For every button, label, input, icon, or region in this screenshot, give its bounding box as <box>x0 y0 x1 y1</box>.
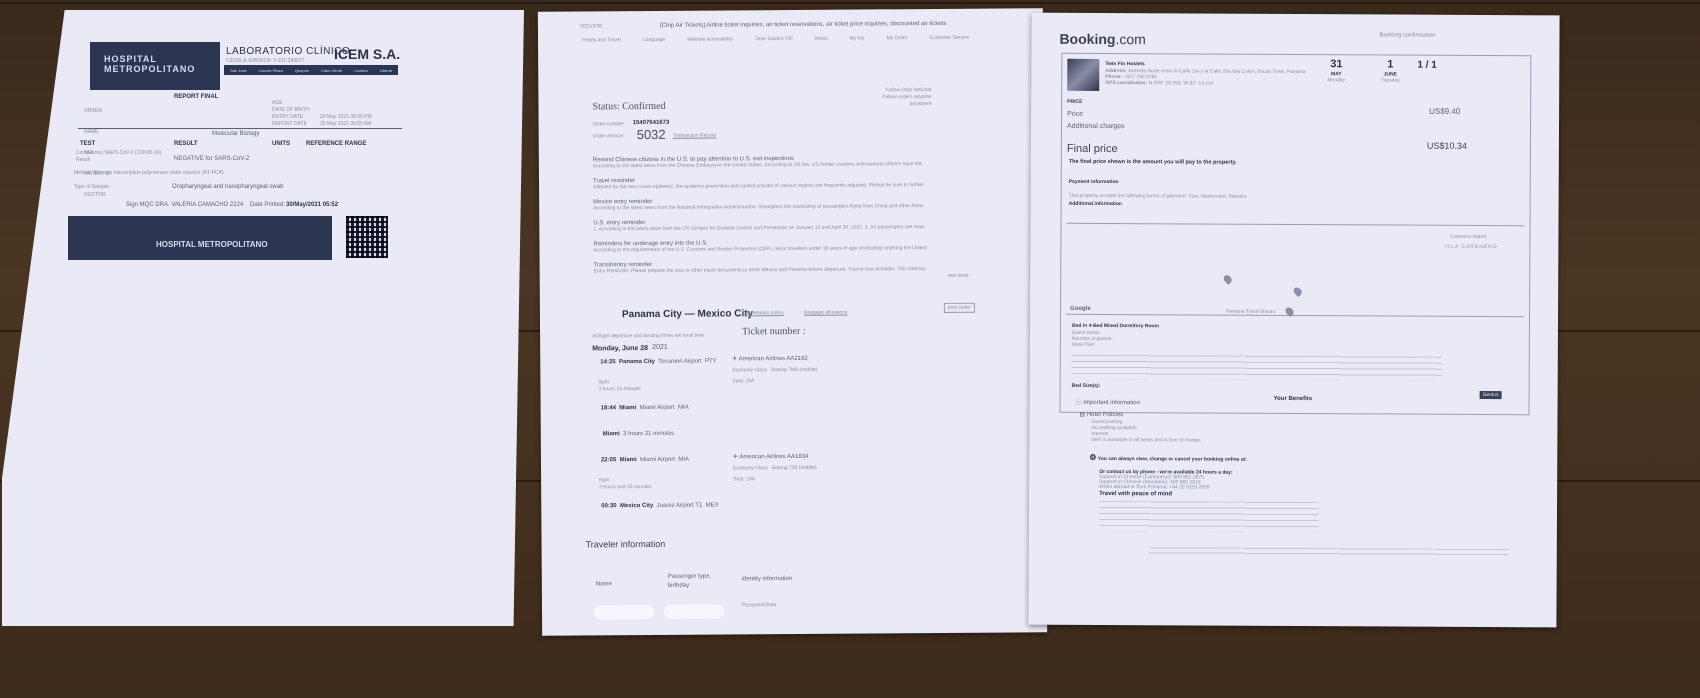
notice-body: According to the requirements of the U.S… <box>593 245 973 254</box>
checkout-day: 1 <box>1375 58 1405 70</box>
cabin-class: Economy Class <box>733 465 768 471</box>
ticket-number-label: Ticket number : <box>742 326 806 337</box>
plane-icon: ✈ <box>733 454 738 460</box>
page-header-title: [Ctrip Air Tickets] Airline ticket inqui… <box>660 21 946 29</box>
local-time-note: All flight departure and landing times a… <box>592 333 704 340</box>
lab-name: LABORATORIO CLÍNICO <box>226 46 350 57</box>
notice-body: According to the latest news from the Na… <box>593 203 973 212</box>
col-units: UNITS <box>272 141 290 147</box>
checkin-weekday: Monday <box>1321 77 1351 83</box>
segment-arrival: 18:44 Miami Miami Airport MIA <box>601 405 689 412</box>
info-icon: ⓘ <box>1076 400 1082 406</box>
segment-city: Panama City <box>619 359 655 365</box>
your-benefits: Your Benefits <box>1274 396 1313 402</box>
segment-time: 00:30 <box>601 503 616 509</box>
date-printed-label: Date Printed: <box>250 202 285 208</box>
segment-arrival: 00:30 Mexico City Juarez Airport T1 MEX <box>601 503 718 510</box>
nav-item[interactable]: My trip <box>850 35 865 41</box>
google-logo: Google <box>1070 306 1091 312</box>
additional-charges: Additional charges <box>1067 123 1125 130</box>
segment-city: Mexico City <box>620 503 653 509</box>
hospital-logo-block: HOSPITAL METROPOLITANO <box>90 42 220 90</box>
duration-value: 3 hours and 25 minutes <box>599 484 651 491</box>
segment-duration: flight 3 hours and 25 minutes <box>599 477 651 491</box>
map-label: Carenero Island <box>1450 234 1486 240</box>
important-info: ⓘ Important information <box>1076 397 1140 406</box>
map-pin-icon[interactable] <box>1222 273 1233 284</box>
col-result: RESULT <box>174 141 198 147</box>
room-field: Meal Plan: <box>1072 342 1113 348</box>
peace-of-mind-text <box>1099 501 1319 532</box>
site-nav: Hotels and Travel Language Website acces… <box>582 35 969 44</box>
hotel-gps: N 009° 20.558, W 82° 14.114 <box>1149 80 1214 86</box>
notice-body: Affected by the new crown epidemic, the … <box>593 182 973 191</box>
nav-item[interactable]: My Order <box>887 35 908 41</box>
segment-airport: Tocumen Airport <box>658 359 701 365</box>
footer-logo: HOSPITAL METROPOLITANO <box>156 240 268 249</box>
field-label: DATE OF BIRTH <box>272 107 310 114</box>
final-price-note: The final price shown is the amount you … <box>1069 159 1237 166</box>
qr-code <box>346 216 388 258</box>
segment-code: MIA <box>678 405 689 411</box>
field-label: AGE <box>272 100 310 107</box>
method: Method: Reverse transcription polymerase… <box>74 170 224 176</box>
segment-code: MEX <box>706 503 719 509</box>
segment-airport: Miami Airport <box>640 405 675 411</box>
lab-legal-id: CÉDULA JURÍDICA: 3-101-389077 <box>226 58 304 64</box>
branches-bar: San José Lincoln Plaza Quepos Cabo Verde… <box>224 65 398 75</box>
segment-airport: Miami Airport <box>640 457 675 463</box>
genius-badge: Genius <box>1480 391 1502 399</box>
notice: Remind Chinese citizens in the U.S. to p… <box>593 155 973 170</box>
hotel-name: Twin Fin Hostels <box>1105 61 1144 67</box>
segment-time: 18:44 <box>601 405 616 411</box>
segment-city: Miami <box>620 457 637 463</box>
map[interactable]: Carenero Island ISLA CARENERO Panama Tra… <box>1066 223 1524 317</box>
rooms-nights: 1 / 1 <box>1417 60 1437 71</box>
gear-icon: ⚙ <box>1089 453 1096 462</box>
print-order-button[interactable]: print order <box>944 303 975 313</box>
footer-text <box>1149 547 1509 557</box>
airline: American Airlines AA1834 <box>739 454 808 460</box>
order-number: 15407641673 <box>633 120 670 126</box>
company-name: ICEM S.A. <box>334 46 400 62</box>
hotel-policies: ▤ Hotel Policies <box>1079 411 1123 418</box>
policy-value: WiFi is available in all areas and is fr… <box>1091 437 1201 444</box>
segment-code: PTY <box>705 359 717 365</box>
segment-airport: Juarez Airport T1 <box>657 503 703 509</box>
layover-city: Miami <box>603 431 620 437</box>
nav-item[interactable]: Hotels and Travel <box>582 37 621 43</box>
entry-date: 29 May 2021 09:30 PM <box>320 114 372 120</box>
policy-icon: ▤ <box>1079 412 1085 418</box>
additional-info-title: Additional information <box>1069 201 1122 207</box>
order-amount-label: Order amount <box>593 133 624 139</box>
flight-year: 2021 <box>652 344 668 351</box>
segment-duration: flight 3 hours 19 minutes <box>598 379 641 393</box>
map-label: Panama Travel Bocas <box>1226 309 1275 315</box>
booking-logo: Booking.com <box>1059 31 1145 47</box>
flight-date: Monday, June 28 <box>592 345 648 352</box>
traveler-col-identity: identity information <box>742 576 792 582</box>
price-label: Price <box>1067 111 1083 118</box>
baggage-allowance-link[interactable]: Baggage allowance <box>804 310 848 316</box>
traveler-info-title: Traveler information <box>586 539 666 550</box>
hotel-photo <box>1067 59 1099 91</box>
gps-label: GPS coordinates: <box>1105 80 1147 86</box>
result-label: Result <box>76 157 90 163</box>
field-label: ENTRY DATE <box>272 114 310 121</box>
payment-methods: This property accepts the following form… <box>1069 193 1247 200</box>
final-price-label: Final price <box>1067 143 1118 155</box>
order-status: Status: Confirmed <box>592 101 665 113</box>
segment-departure: 22:05 Miami Miami Airport MIA <box>601 457 689 464</box>
cancellation-policy-link[interactable]: Cancellation policy <box>742 310 784 316</box>
cabin-class: Economy Class <box>732 367 767 373</box>
map-pin-icon[interactable] <box>1284 306 1295 317</box>
branch: San José <box>230 68 247 73</box>
notice: Reminders for underage entry into the U.… <box>593 239 973 254</box>
notice-body: Entry Reminder: Please prepare the visa … <box>594 266 974 275</box>
segment-city: Miami <box>619 405 636 411</box>
table-plank-gap <box>0 2 1700 4</box>
hotel-policies-label: Hotel Policies <box>1087 412 1123 418</box>
test-name: Coronavirus SARS-CoV-2 (COVID-19) <box>76 150 161 156</box>
print-date: 2021/5/30 <box>580 23 602 29</box>
booking-confirmation-document: Booking.com Booking confirmation Twin Fi… <box>1028 13 1559 628</box>
redacted-birthday <box>664 604 724 618</box>
report-status: REPORT FINAL <box>174 94 218 100</box>
payment-info-title: Payment information <box>1069 179 1119 185</box>
notices-list: Remind Chinese citizens in the U.S. to p… <box>593 155 974 275</box>
bed-size: Bed Size(s): <box>1072 383 1101 389</box>
segment-time: 22:05 <box>601 457 616 463</box>
nav-item[interactable]: Customer Service <box>929 35 969 41</box>
layover: Miami 3 hours 21 minutes <box>603 431 674 437</box>
traveler-identity: Passport/China <box>742 602 776 608</box>
segment-departure: 14:25 Panama City Tocumen Airport PTY <box>600 359 716 366</box>
seat: Seat: 18A <box>732 376 817 388</box>
field-label: DOCTOR <box>84 192 111 199</box>
layover-duration: 3 hours 21 minutes <box>623 431 674 437</box>
peace-of-mind: Travel with peace of mind <box>1099 491 1172 497</box>
sample-label: Type of Sample: <box>74 184 110 190</box>
order-number-label: Order number <box>593 121 624 127</box>
policies-list: Guest parking No parking available. Inte… <box>1091 419 1201 444</box>
field-label: ORDER <box>84 108 111 115</box>
phones-list: Support in Chinese (Cantonese): 800 862 … <box>1099 475 1210 491</box>
checkin-day: 31 <box>1321 58 1351 70</box>
lab-report-document: HOSPITAL METROPOLITANO LABORATORIO CLÍNI… <box>2 10 524 626</box>
section-title: Molecular Biology <box>212 131 259 137</box>
checkout-weekday: Tuesday <box>1375 77 1405 83</box>
important-info-label: Important information <box>1083 400 1140 406</box>
aircraft: Boeing 738 (middle) <box>772 465 817 471</box>
confirmation-title: Booking confirmation <box>1379 32 1435 38</box>
final-price-value: US$10.34 <box>1427 141 1467 151</box>
segment-code: MIA <box>678 457 689 463</box>
report-date: 30 May 2021 05:50 AM <box>320 121 371 127</box>
sample-value: Oropharyngeal and nasopharyngeal swab <box>172 184 283 190</box>
notice-body: According to the latest news from the Ch… <box>593 161 973 170</box>
notice-body: 1. According to the latest news from the… <box>593 224 973 233</box>
col-test: TEST <box>80 141 95 147</box>
map-pin-icon[interactable] <box>1292 286 1303 297</box>
result-value: NEGATIVE for SARS-CoV-2 <box>174 156 249 162</box>
traveler-col-type: Passenger type, birthday <box>668 572 724 590</box>
segment-time: 14:25 <box>600 359 615 365</box>
branch: Liberia <box>380 68 392 73</box>
support-phone: When abroad or from Panama: +44 20 3320 … <box>1099 485 1210 491</box>
manage-booking: ⚙ You can always view, change or cancel … <box>1089 453 1247 463</box>
notice: Mexico entry reminderAccording to the la… <box>593 197 973 212</box>
seat: Seat: 19A <box>733 474 817 486</box>
route-title: Panama City — Mexico City <box>622 308 753 320</box>
divider <box>78 128 402 129</box>
redacted-name <box>594 605 654 619</box>
see-more-link[interactable]: see more <box>948 273 969 279</box>
aircraft: Boeing 7M8 (middle) <box>771 367 817 373</box>
notice: Transit/entry reminderEntry Reminder: Pl… <box>594 260 974 275</box>
logo-main: Booking <box>1059 31 1115 47</box>
footer-banner: HOSPITAL METROPOLITANO <box>68 216 332 260</box>
notice: Travel reminderAffected by the new crown… <box>593 176 973 191</box>
order-amount: 5032 <box>637 127 666 142</box>
notice: U.S. entry reminder1. According to the l… <box>593 218 973 233</box>
branch: Lindora <box>354 68 367 73</box>
branch: Lincoln Plaza <box>259 68 283 73</box>
col-reference: REFERENCE RANGE <box>306 141 366 147</box>
price-header: PRICE <box>1067 99 1082 105</box>
flight-info-1: ✈ American Airlines AA2192 Economy Class… <box>732 354 817 388</box>
date-printed: 30/May/2021 05:52 <box>286 202 338 208</box>
date-fields: AGE DATE OF BIRTH ENTRY DATE REPORT DATE <box>272 100 310 128</box>
flight-info-2: ✈ American Airlines AA1834 Economy Class… <box>733 452 817 486</box>
field-label: REPORT DATE <box>272 121 310 128</box>
branch: Quepos <box>295 68 309 73</box>
nav-item[interactable]: Language <box>643 37 665 43</box>
room-fields: Guest name: Number of guests: Meal Plan: <box>1072 330 1113 348</box>
logo-suffix: .com <box>1115 31 1145 47</box>
branch: Cabo Verde <box>321 68 342 73</box>
amenities-text <box>1072 355 1442 381</box>
follow-block: Follow Ctrip WeChat Follow orders anytim… <box>882 87 931 108</box>
signature: Sign MQC DRA. VALERIA CAMACHO 2224 <box>126 202 243 208</box>
field-label: NAME <box>84 129 111 136</box>
map-label: ISLA CARENERO <box>1444 244 1497 250</box>
airline: American Airlines AA2192 <box>739 356 808 362</box>
room-title: Bed in 4-Bed Mixed Dormitory Room <box>1072 323 1159 329</box>
duration-value: 3 hours 19 minutes <box>598 386 641 393</box>
flight-order-document: 2021/5/30 [Ctrip Air Tickets] Airline ti… <box>538 8 1047 636</box>
transaction-record-link[interactable]: Transaction Record <box>673 133 716 139</box>
follow-line: anywhere <box>882 101 931 108</box>
nav-item[interactable]: Dear Golden VIP <box>755 36 793 42</box>
price-value: US$9.40 <box>1429 107 1460 116</box>
nav-item[interactable]: News <box>815 36 828 42</box>
traveler-col-name: Name <box>596 581 612 587</box>
nav-item[interactable]: Website accessibility <box>687 36 733 42</box>
hospital-logo: HOSPITAL METROPOLITANO <box>104 54 214 74</box>
manage-booking-text: You can always view, change or cancel yo… <box>1098 456 1247 463</box>
plane-icon: ✈ <box>732 356 737 362</box>
